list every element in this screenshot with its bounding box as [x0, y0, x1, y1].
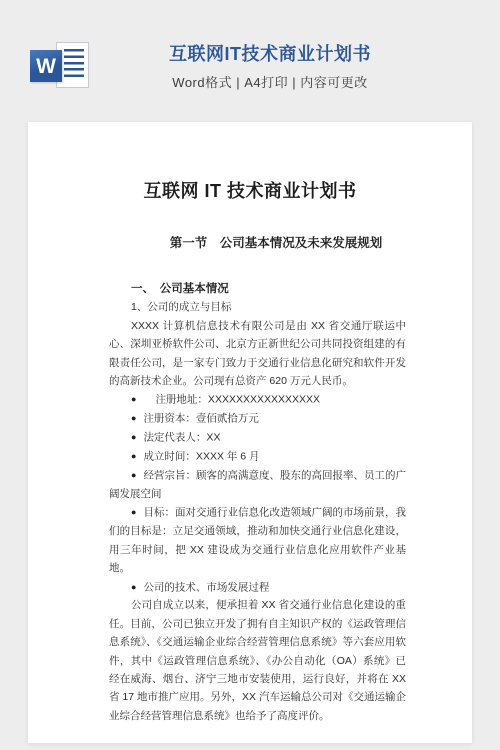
- bullet-icon: ●: [131, 390, 136, 408]
- bullet-item-text: 经营宗旨：顾客的高满意度、股东的高回报率、员工的广阔发展空间: [109, 470, 406, 500]
- bullet-item: ●法定代表人：XX: [109, 428, 406, 447]
- header: W 互联网IT技术商业计划书 Word格式 | A4打印 | 内容可更改: [0, 0, 500, 122]
- bullet-item-text: 法定代表人：XX: [143, 432, 220, 444]
- sub-heading: 一、 公司基本情况: [109, 280, 406, 298]
- paragraph: XXXX 计算机信息技术有限公司是由 XX 省交通厅联运中心、深圳亚桥软件公司、…: [109, 317, 406, 391]
- bullet-icon: ●: [131, 409, 136, 427]
- bullet-icon: ●: [131, 428, 136, 446]
- document-title: 互联网 IT 技术商业计划书: [28, 178, 472, 204]
- template-subtitle: Word格式 | A4打印 | 内容可更改: [40, 75, 500, 90]
- bullet-item-text: 目标：面对交通行业信息化改造领域广阔的市场前景，我们的目标是：立足交通领域，推动…: [109, 507, 406, 574]
- bullet-item: ●注册资本：壹佰贰拾万元: [109, 409, 406, 428]
- bullet-icon: ●: [131, 447, 136, 465]
- document-page: 互联网 IT 技术商业计划书 第一节 公司基本情况及未来发展规划 一、 公司基本…: [28, 122, 472, 743]
- bullet-item: ●公司的技术、市场发展过程: [109, 578, 406, 597]
- header-text-block: 互联网IT技术商业计划书 Word格式 | A4打印 | 内容可更改: [40, 42, 500, 90]
- page-root: { "header": { "icon": "word-logo", "icon…: [0, 0, 500, 750]
- bullet-item-text: 注册地址：XXXXXXXXXXXXXXXX: [155, 394, 320, 406]
- document-body: 一、 公司基本情况 1、公司的成立与目标 XXXX 计算机信息技术有限公司是由 …: [109, 280, 406, 725]
- bullet-icon: ●: [131, 466, 136, 484]
- bullet-item: ●目标：面对交通行业信息化改造领域广阔的市场前景，我们的目标是：立足交通领域，推…: [109, 503, 406, 577]
- numbered-heading: 1、公司的成立与目标: [109, 298, 406, 316]
- bullet-icon: ●: [131, 503, 136, 521]
- bullet-item: ●注册地址：XXXXXXXXXXXXXXXX: [109, 390, 406, 409]
- bullet-item-text: 成立时间：XXXX 年 6 月: [143, 451, 259, 463]
- bullet-item-text: 注册资本：壹佰贰拾万元: [143, 413, 259, 425]
- section-heading: 第一节 公司基本情况及未来发展规划: [54, 234, 498, 252]
- template-title: 互联网IT技术商业计划书: [40, 42, 500, 66]
- bullet-item: ●成立时间：XXXX 年 6 月: [109, 447, 406, 466]
- paragraph: 公司自成立以来，便承担着 XX 省交通行业信息化建设的重任。目前，公司已独立开发…: [109, 596, 406, 725]
- bullet-item-text: 公司的技术、市场发展过程: [143, 581, 269, 593]
- bullet-icon: ●: [131, 578, 136, 596]
- bullet-item: ●经营宗旨：顾客的高满意度、股东的高回报率、员工的广阔发展空间: [109, 466, 406, 503]
